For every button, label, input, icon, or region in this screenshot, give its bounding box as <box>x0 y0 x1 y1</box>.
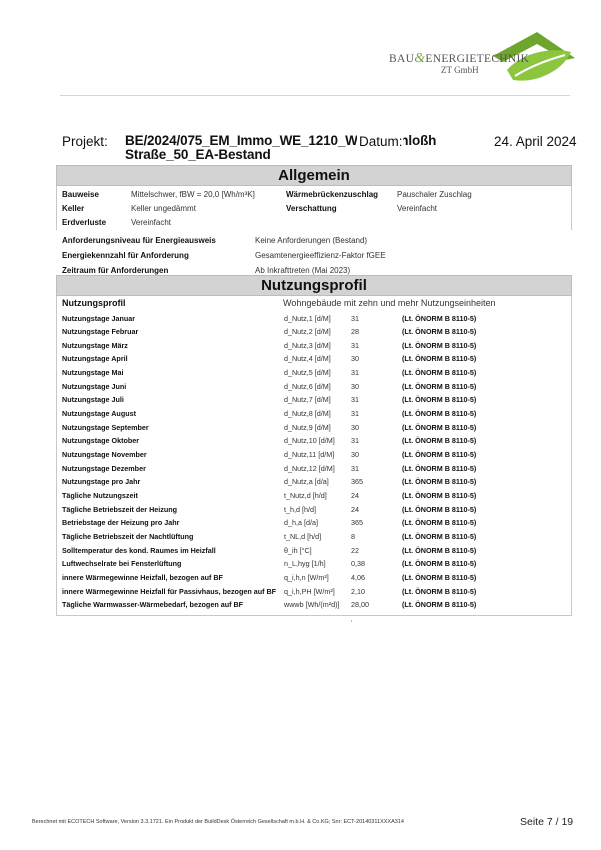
page-number: Seite 7 / 19 <box>520 816 573 828</box>
parameter-value: 4,06 <box>351 573 365 583</box>
footer-software-note: Berechnet mit ECOTECH Software, Version … <box>32 819 404 825</box>
parameter-label: Nutzungstage Dezember <box>62 464 146 474</box>
header-divider <box>60 95 570 96</box>
requirement-label: Energiekennzahl für Anforderung <box>62 251 189 261</box>
section-header-nutzungsprofil: Nutzungsprofil <box>56 275 572 296</box>
parameter-value: 30 <box>351 354 359 364</box>
parameter-value: 31 <box>351 368 359 378</box>
parameter-value: 31 <box>351 464 359 474</box>
allgemein-value: Mittelschwer, fBW = 20,0 [Wh/m³K] <box>131 190 255 200</box>
allgemein-value-2: Pauschaler Zuschlag <box>397 190 472 200</box>
parameter-label: Solltemperatur des kond. Raumes im Heizf… <box>62 546 216 556</box>
parameter-symbol: t_h,d [h/d] <box>284 505 316 515</box>
project-value-line1: BE/2024/075_EM_Immo_WE_1210_Wien_Schloßh <box>125 134 465 148</box>
parameter-source: (Lt. ÖNORM B 8110-5) <box>402 491 476 501</box>
parameter-symbol: d_Nutz,2 [d/M] <box>284 327 331 337</box>
parameter-label: Nutzungstage März <box>62 341 128 351</box>
logo-part2: ENERGIETECHNIK <box>425 53 529 65</box>
parameter-symbol: d_Nutz,9 [d/M] <box>284 423 331 433</box>
allgemein-label: Bauweise <box>62 190 99 200</box>
parameter-label: Nutzungstage September <box>62 423 149 433</box>
parameter-source: (Lt. ÖNORM B 8110-5) <box>402 314 476 324</box>
parameter-source: (Lt. ÖNORM B 8110-5) <box>402 354 476 364</box>
parameter-label: Tägliche Warmwasser-Wärmebedarf, bezogen… <box>62 600 243 610</box>
parameter-value: 2,10 <box>351 587 365 597</box>
project-label: Projekt: <box>62 134 108 149</box>
allgemein-value: Vereinfacht <box>131 218 171 228</box>
parameter-symbol: θ_ih [°C] <box>284 546 312 556</box>
parameter-source: (Lt. ÖNORM B 8110-5) <box>402 327 476 337</box>
parameter-label: Tägliche Betriebszeit der Heizung <box>62 505 177 515</box>
parameter-source: (Lt. ÖNORM B 8110-5) <box>402 518 476 528</box>
parameter-symbol: d_Nutz,4 [d/M] <box>284 354 331 364</box>
parameter-value: 24 <box>351 491 359 501</box>
parameter-source: (Lt. ÖNORM B 8110-5) <box>402 341 476 351</box>
parameter-symbol: wwwb [Wh/(m²d)] <box>284 600 340 610</box>
parameter-value: 31 <box>351 341 359 351</box>
parameter-symbol: q_i,h,n [W/m²] <box>284 573 329 583</box>
parameter-value: 30 <box>351 423 359 433</box>
parameter-value: 28 <box>351 327 359 337</box>
parameter-label: Nutzungstage Juni <box>62 382 126 392</box>
parameter-symbol: d_Nutz,a [d/a] <box>284 477 329 487</box>
parameter-source: (Lt. ÖNORM B 8110-5) <box>402 477 476 487</box>
parameter-label: innere Wärmegewinne Heizfall, bezogen au… <box>62 573 223 583</box>
requirement-value: Keine Anforderungen (Bestand) <box>255 236 367 246</box>
parameter-label: Nutzungstage April <box>62 354 128 364</box>
parameter-symbol: d_Nutz,11 [d/M] <box>284 450 334 460</box>
parameter-label: Nutzungstage November <box>62 450 147 460</box>
parameter-value: 8 <box>351 532 355 542</box>
parameter-label: Betriebstage der Heizung pro Jahr <box>62 518 179 528</box>
parameter-symbol: d_Nutz,12 [d/M] <box>284 464 335 474</box>
parameter-source: (Lt. ÖNORM B 8110-5) <box>402 423 476 433</box>
parameter-value: 30 <box>351 450 359 460</box>
parameter-label: Luftwechselrate bei Fensterlüftung <box>62 559 181 569</box>
parameter-source: (Lt. ÖNORM B 8110-5) <box>402 450 476 460</box>
parameter-source: (Lt. ÖNORM B 8110-5) <box>402 587 476 597</box>
date-value: 24. April 2024 <box>494 134 577 149</box>
allgemein-label: Keller <box>62 204 84 214</box>
parameter-symbol: d_Nutz,6 [d/M] <box>284 382 331 392</box>
parameter-value: 365 <box>351 477 363 487</box>
parameter-value: 31 <box>351 436 359 446</box>
parameter-value: 0,38 <box>351 559 365 569</box>
parameter-value: 28,00 <box>351 600 369 610</box>
parameter-source: (Lt. ÖNORM B 8110-5) <box>402 436 476 446</box>
parameter-source: (Lt. ÖNORM B 8110-5) <box>402 382 476 392</box>
allgemein-label: Erdverluste <box>62 218 106 228</box>
parameter-source: (Lt. ÖNORM B 8110-5) <box>402 600 476 610</box>
parameter-symbol: d_Nutz,10 [d/M] <box>284 436 335 446</box>
parameter-source: (Lt. ÖNORM B 8110-5) <box>402 573 476 583</box>
parameter-label: Nutzungstage Oktober <box>62 436 139 446</box>
company-logo: BAU&ENERGIETECHNIK ZT GmbH <box>385 30 585 90</box>
parameter-symbol: d_Nutz,8 [d/M] <box>284 409 331 419</box>
parameter-source: (Lt. ÖNORM B 8110-5) <box>402 464 476 474</box>
parameter-symbol: d_Nutz,3 [d/M] <box>284 341 331 351</box>
parameter-label: Tägliche Nutzungszeit <box>62 491 138 501</box>
allgemein-label-2: Wärmebrückenzuschlag <box>286 190 378 200</box>
parameter-symbol: d_Nutz,5 [d/M] <box>284 368 331 378</box>
date-label: Datum: <box>357 134 403 149</box>
parameter-label: Nutzungstage Mai <box>62 368 124 378</box>
parameter-symbol: d_h,a [d/a] <box>284 518 318 528</box>
allgemein-value-2: Vereinfacht <box>397 204 437 214</box>
profile-value: Wohngebäude mit zehn und mehr Nutzungsei… <box>283 298 495 308</box>
logo-subtitle: ZT GmbH <box>441 65 479 75</box>
parameter-label: Nutzungstage Februar <box>62 327 138 337</box>
parameter-symbol: t_NL,d [h/d] <box>284 532 321 542</box>
parameter-source: (Lt. ÖNORM B 8110-5) <box>402 409 476 419</box>
project-value-line2: Straße_50_EA-Bestand <box>125 148 465 162</box>
parameter-label: Nutzungstage August <box>62 409 136 419</box>
parameter-source: (Lt. ÖNORM B 8110-5) <box>402 546 476 556</box>
parameter-symbol: t_Nutz,d [h/d] <box>284 491 327 501</box>
requirement-label: Anforderungsniveau für Energieausweis <box>62 236 216 246</box>
parameter-value: 24 <box>351 505 359 515</box>
parameter-source: (Lt. ÖNORM B 8110-5) <box>402 532 476 542</box>
section-header-allgemein: Allgemein <box>56 165 572 186</box>
parameter-value: 31 <box>351 409 359 419</box>
parameter-value: 31 <box>351 314 359 324</box>
parameter-source: (Lt. ÖNORM B 8110-5) <box>402 368 476 378</box>
parameter-value: 365 <box>351 518 363 528</box>
parameter-label: Nutzungstage Januar <box>62 314 135 324</box>
parameter-source: (Lt. ÖNORM B 8110-5) <box>402 395 476 405</box>
parameter-symbol: d_Nutz,1 [d/M] <box>284 314 331 324</box>
project-value: BE/2024/075_EM_Immo_WE_1210_Wien_Schloßh… <box>125 134 465 162</box>
parameter-label: Nutzungstage pro Jahr <box>62 477 140 487</box>
parameter-symbol: q_i,h,PH [W/m²] <box>284 587 335 597</box>
profile-label: Nutzungsprofil <box>62 298 126 308</box>
logo-ampersand: & <box>414 51 425 66</box>
parameter-source: (Lt. ÖNORM B 8110-5) <box>402 559 476 569</box>
parameter-label: Nutzungstage Juli <box>62 395 124 405</box>
parameter-source: (Lt. ÖNORM B 8110-5) <box>402 505 476 515</box>
allgemein-label-2: Verschattung <box>286 204 337 214</box>
parameter-value: 22 <box>351 546 359 556</box>
parameter-symbol: n_L,hyg [1/h] <box>284 559 326 569</box>
parameter-symbol: d_Nutz,7 [d/M] <box>284 395 331 405</box>
allgemein-value: Keller ungedämmt <box>131 204 196 214</box>
stray-mark <box>351 620 352 622</box>
parameter-value: 31 <box>351 395 359 405</box>
parameter-label: Tägliche Betriebszeit der Nachtlüftung <box>62 532 193 542</box>
logo-part1: BAU <box>389 53 414 65</box>
requirement-value: Gesamtenergieeffizienz-Faktor fGEE <box>255 251 386 261</box>
parameter-label: innere Wärmegewinne Heizfall für Passivh… <box>62 587 276 597</box>
parameter-value: 30 <box>351 382 359 392</box>
